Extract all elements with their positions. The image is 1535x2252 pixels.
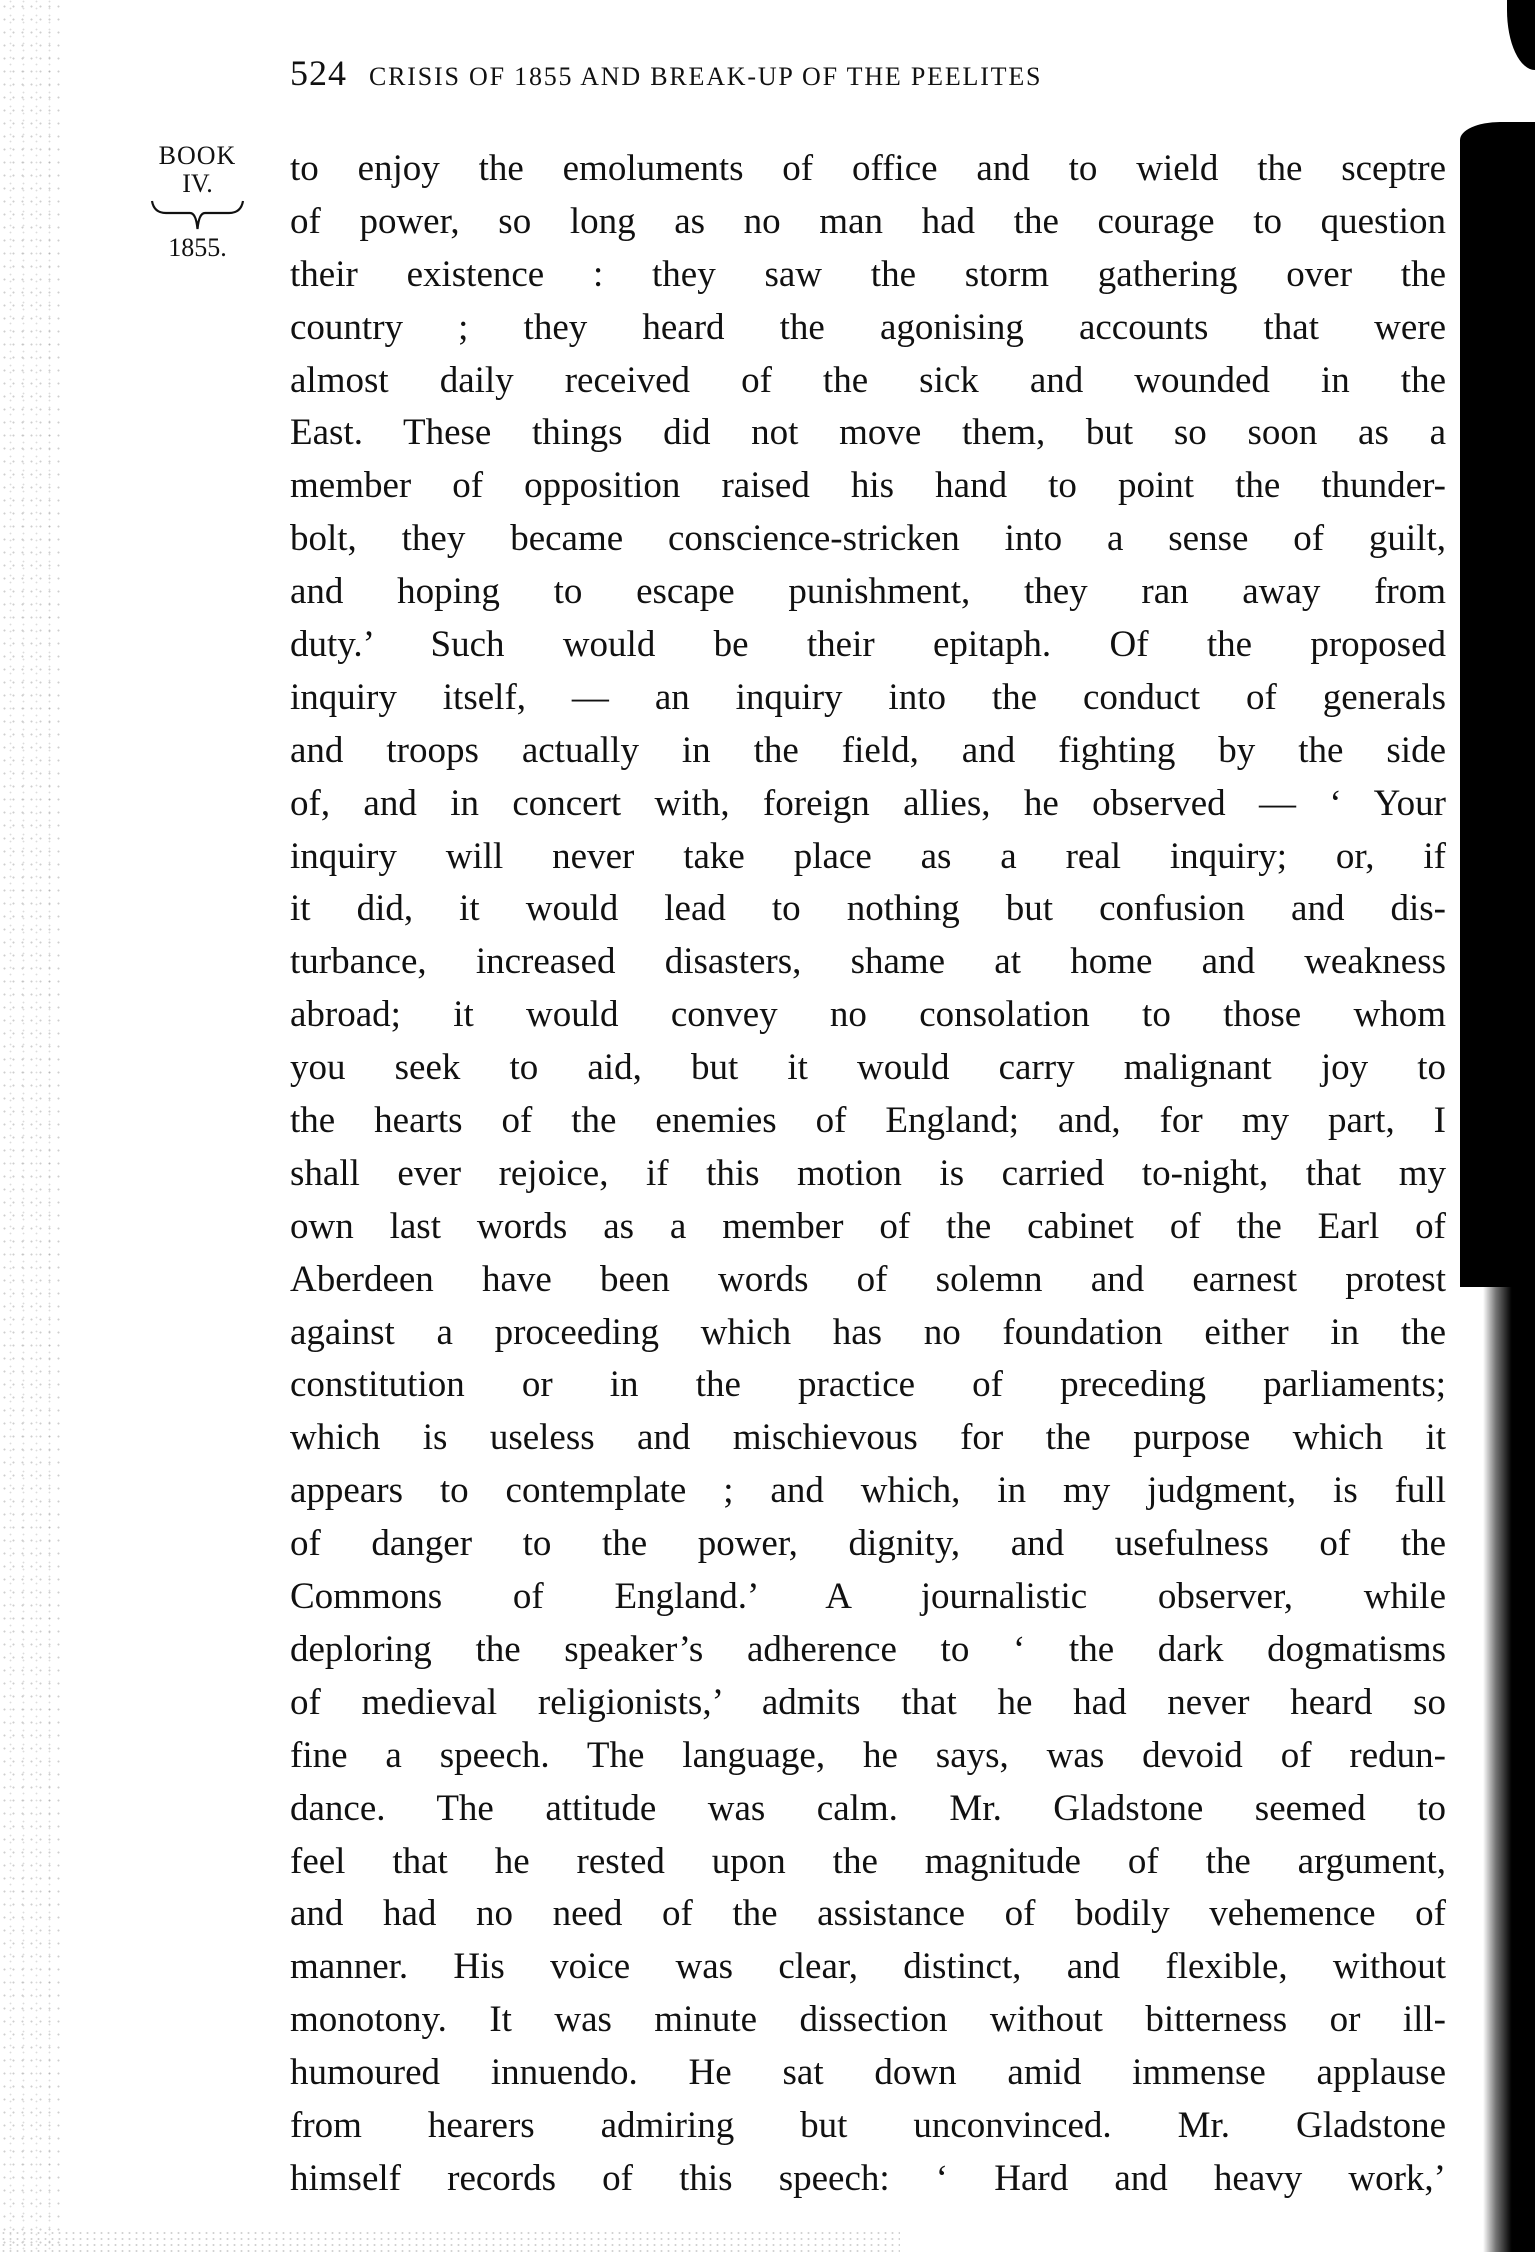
text-line: of medieval religionists,’ admits that h… (290, 1677, 1446, 1730)
text-line: their existence : they saw the storm gat… (290, 249, 1446, 302)
text-line: turbance, increased disasters, shame at … (290, 936, 1446, 989)
text-line: manner. His voice was clear, distinct, a… (290, 1941, 1446, 1994)
scan-noise-bottom (0, 2230, 900, 2252)
text-line: humoured innuendo. He sat down amid imme… (290, 2047, 1446, 2100)
book-page: 524 CRISIS OF 1855 AND BREAK-UP OF THE P… (0, 0, 1535, 2252)
scan-edge-shadow (1460, 122, 1535, 1287)
text-line: you seek to aid, but it would carry mali… (290, 1042, 1446, 1095)
text-line: deploring the speaker’s adherence to ‘ t… (290, 1624, 1446, 1677)
text-line: dance. The attitude was calm. Mr. Gladst… (290, 1783, 1446, 1836)
text-line: the hearts of the enemies of England; an… (290, 1095, 1446, 1148)
text-line: member of opposition raised his hand to … (290, 460, 1446, 513)
text-line: and troops actually in the field, and fi… (290, 725, 1446, 778)
text-line: to enjoy the emoluments of office and to… (290, 143, 1446, 196)
text-line: feel that he rested upon the magnitude o… (290, 1836, 1446, 1889)
text-line: constitution or in the practice of prece… (290, 1359, 1446, 1412)
text-line: monotony. It was minute dissection witho… (290, 1994, 1446, 2047)
text-line: from hearers admiring but unconvinced. M… (290, 2100, 1446, 2153)
text-line: East. These things did not move them, bu… (290, 407, 1446, 460)
text-line: appears to contemplate ; and which, in m… (290, 1465, 1446, 1518)
text-line: bolt, they became conscience-stricken in… (290, 513, 1446, 566)
text-line: shall ever rejoice, if this motion is ca… (290, 1148, 1446, 1201)
scan-edge-shadow-lower (1483, 1287, 1535, 2252)
curly-brace-icon (150, 199, 245, 235)
text-line: duty.’ Such would be their epitaph. Of t… (290, 619, 1446, 672)
text-line: fine a speech. The language, he says, wa… (290, 1730, 1446, 1783)
text-line: and had no need of the assistance of bod… (290, 1888, 1446, 1941)
margin-side-note: BOOK IV. 1855. (135, 143, 260, 261)
side-note-year: 1855. (135, 235, 260, 261)
text-line: inquiry itself, — an inquiry into the co… (290, 672, 1446, 725)
text-line: himself records of this speech: ‘ Hard a… (290, 2153, 1446, 2206)
text-line: almost daily received of the sick and wo… (290, 355, 1446, 408)
scan-noise-left-gutter (0, 0, 60, 2252)
side-note-volume: IV. (135, 171, 260, 197)
text-line: of power, so long as no man had the cour… (290, 196, 1446, 249)
side-note-book: BOOK (135, 143, 260, 169)
running-head: 524 CRISIS OF 1855 AND BREAK-UP OF THE P… (290, 52, 1450, 102)
running-head-title: CRISIS OF 1855 AND BREAK-UP OF THE PEELI… (369, 62, 1042, 92)
text-line: country ; they heard the agonising accou… (290, 302, 1446, 355)
text-line: which is useless and mischievous for the… (290, 1412, 1446, 1465)
text-line: Commons of England.’ A journalistic obse… (290, 1571, 1446, 1624)
text-line: it did, it would lead to nothing but con… (290, 883, 1446, 936)
text-line: Aberdeen have been words of solemn and e… (290, 1254, 1446, 1307)
text-line: own last words as a member of the cabine… (290, 1201, 1446, 1254)
scan-edge-shadow-top (1507, 0, 1535, 70)
text-line: and hoping to escape punishment, they ra… (290, 566, 1446, 619)
text-line: abroad; it would convey no consolation t… (290, 989, 1446, 1042)
body-text: to enjoy the emoluments of office and to… (290, 143, 1446, 2206)
page-number: 524 (290, 52, 347, 94)
text-line: against a proceeding which has no founda… (290, 1307, 1446, 1360)
text-line: of, and in concert with, foreign allies,… (290, 778, 1446, 831)
text-line: inquiry will never take place as a real … (290, 831, 1446, 884)
text-line: of danger to the power, dignity, and use… (290, 1518, 1446, 1571)
